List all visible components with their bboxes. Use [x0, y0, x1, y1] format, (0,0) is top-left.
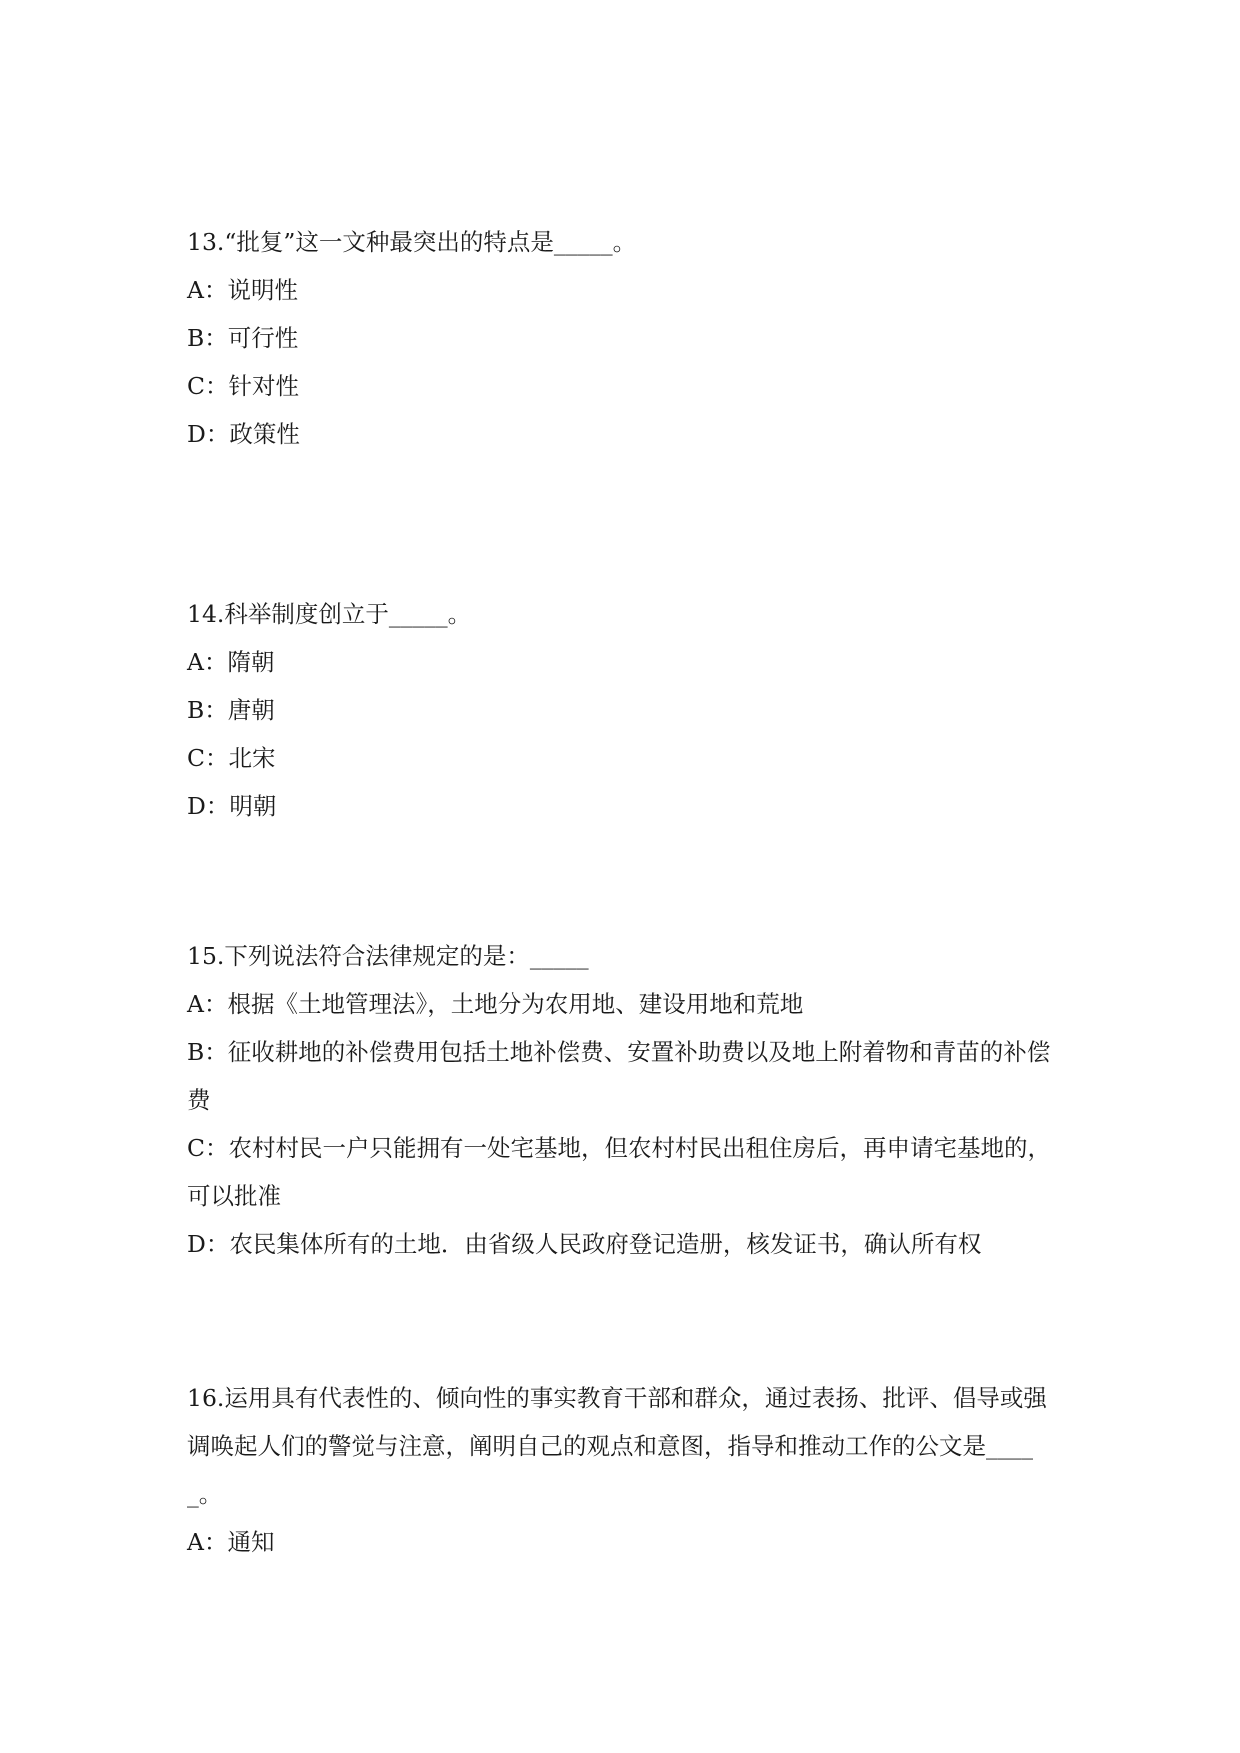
question-stem: 15.下列说法符合法律规定的是：_____ [187, 932, 1057, 980]
option-b: B：唐朝 [187, 686, 1057, 734]
option-c: C：农村村民一户只能拥有一处宅基地，但农村村民出租住房后，再申请宅基地的，可以批… [187, 1124, 1057, 1220]
question-13: 13.“批复”这一文种最突出的特点是_____。 A：说明性 B：可行性 C：针… [187, 218, 1057, 458]
option-a: A：通知 [187, 1518, 1057, 1566]
question-stem: 16.运用具有代表性的、倾向性的事实教育干部和群众，通过表扬、批评、倡导或强调唤… [187, 1374, 1057, 1518]
question-stem: 13.“批复”这一文种最突出的特点是_____。 [187, 218, 1057, 266]
option-d: D：明朝 [187, 782, 1057, 830]
question-16: 16.运用具有代表性的、倾向性的事实教育干部和群众，通过表扬、批评、倡导或强调唤… [187, 1374, 1057, 1566]
option-d: D：农民集体所有的土地．由省级人民政府登记造册，核发证书，确认所有权 [187, 1220, 1057, 1268]
option-a: A：隋朝 [187, 638, 1057, 686]
option-a: A：根据《土地管理法》，土地分为农用地、建设用地和荒地 [187, 980, 1057, 1028]
question-14: 14.科举制度创立于_____。 A：隋朝 B：唐朝 C：北宋 D：明朝 [187, 590, 1057, 830]
option-b: B：可行性 [187, 314, 1057, 362]
option-c: C：北宋 [187, 734, 1057, 782]
option-c: C：针对性 [187, 362, 1057, 410]
question-stem: 14.科举制度创立于_____。 [187, 590, 1057, 638]
option-a: A：说明性 [187, 266, 1057, 314]
option-d: D：政策性 [187, 410, 1057, 458]
option-b: B：征收耕地的补偿费用包括土地补偿费、安置补助费以及地上附着物和青苗的补偿费 [187, 1028, 1057, 1124]
question-15: 15.下列说法符合法律规定的是：_____ A：根据《土地管理法》，土地分为农用… [187, 932, 1057, 1268]
